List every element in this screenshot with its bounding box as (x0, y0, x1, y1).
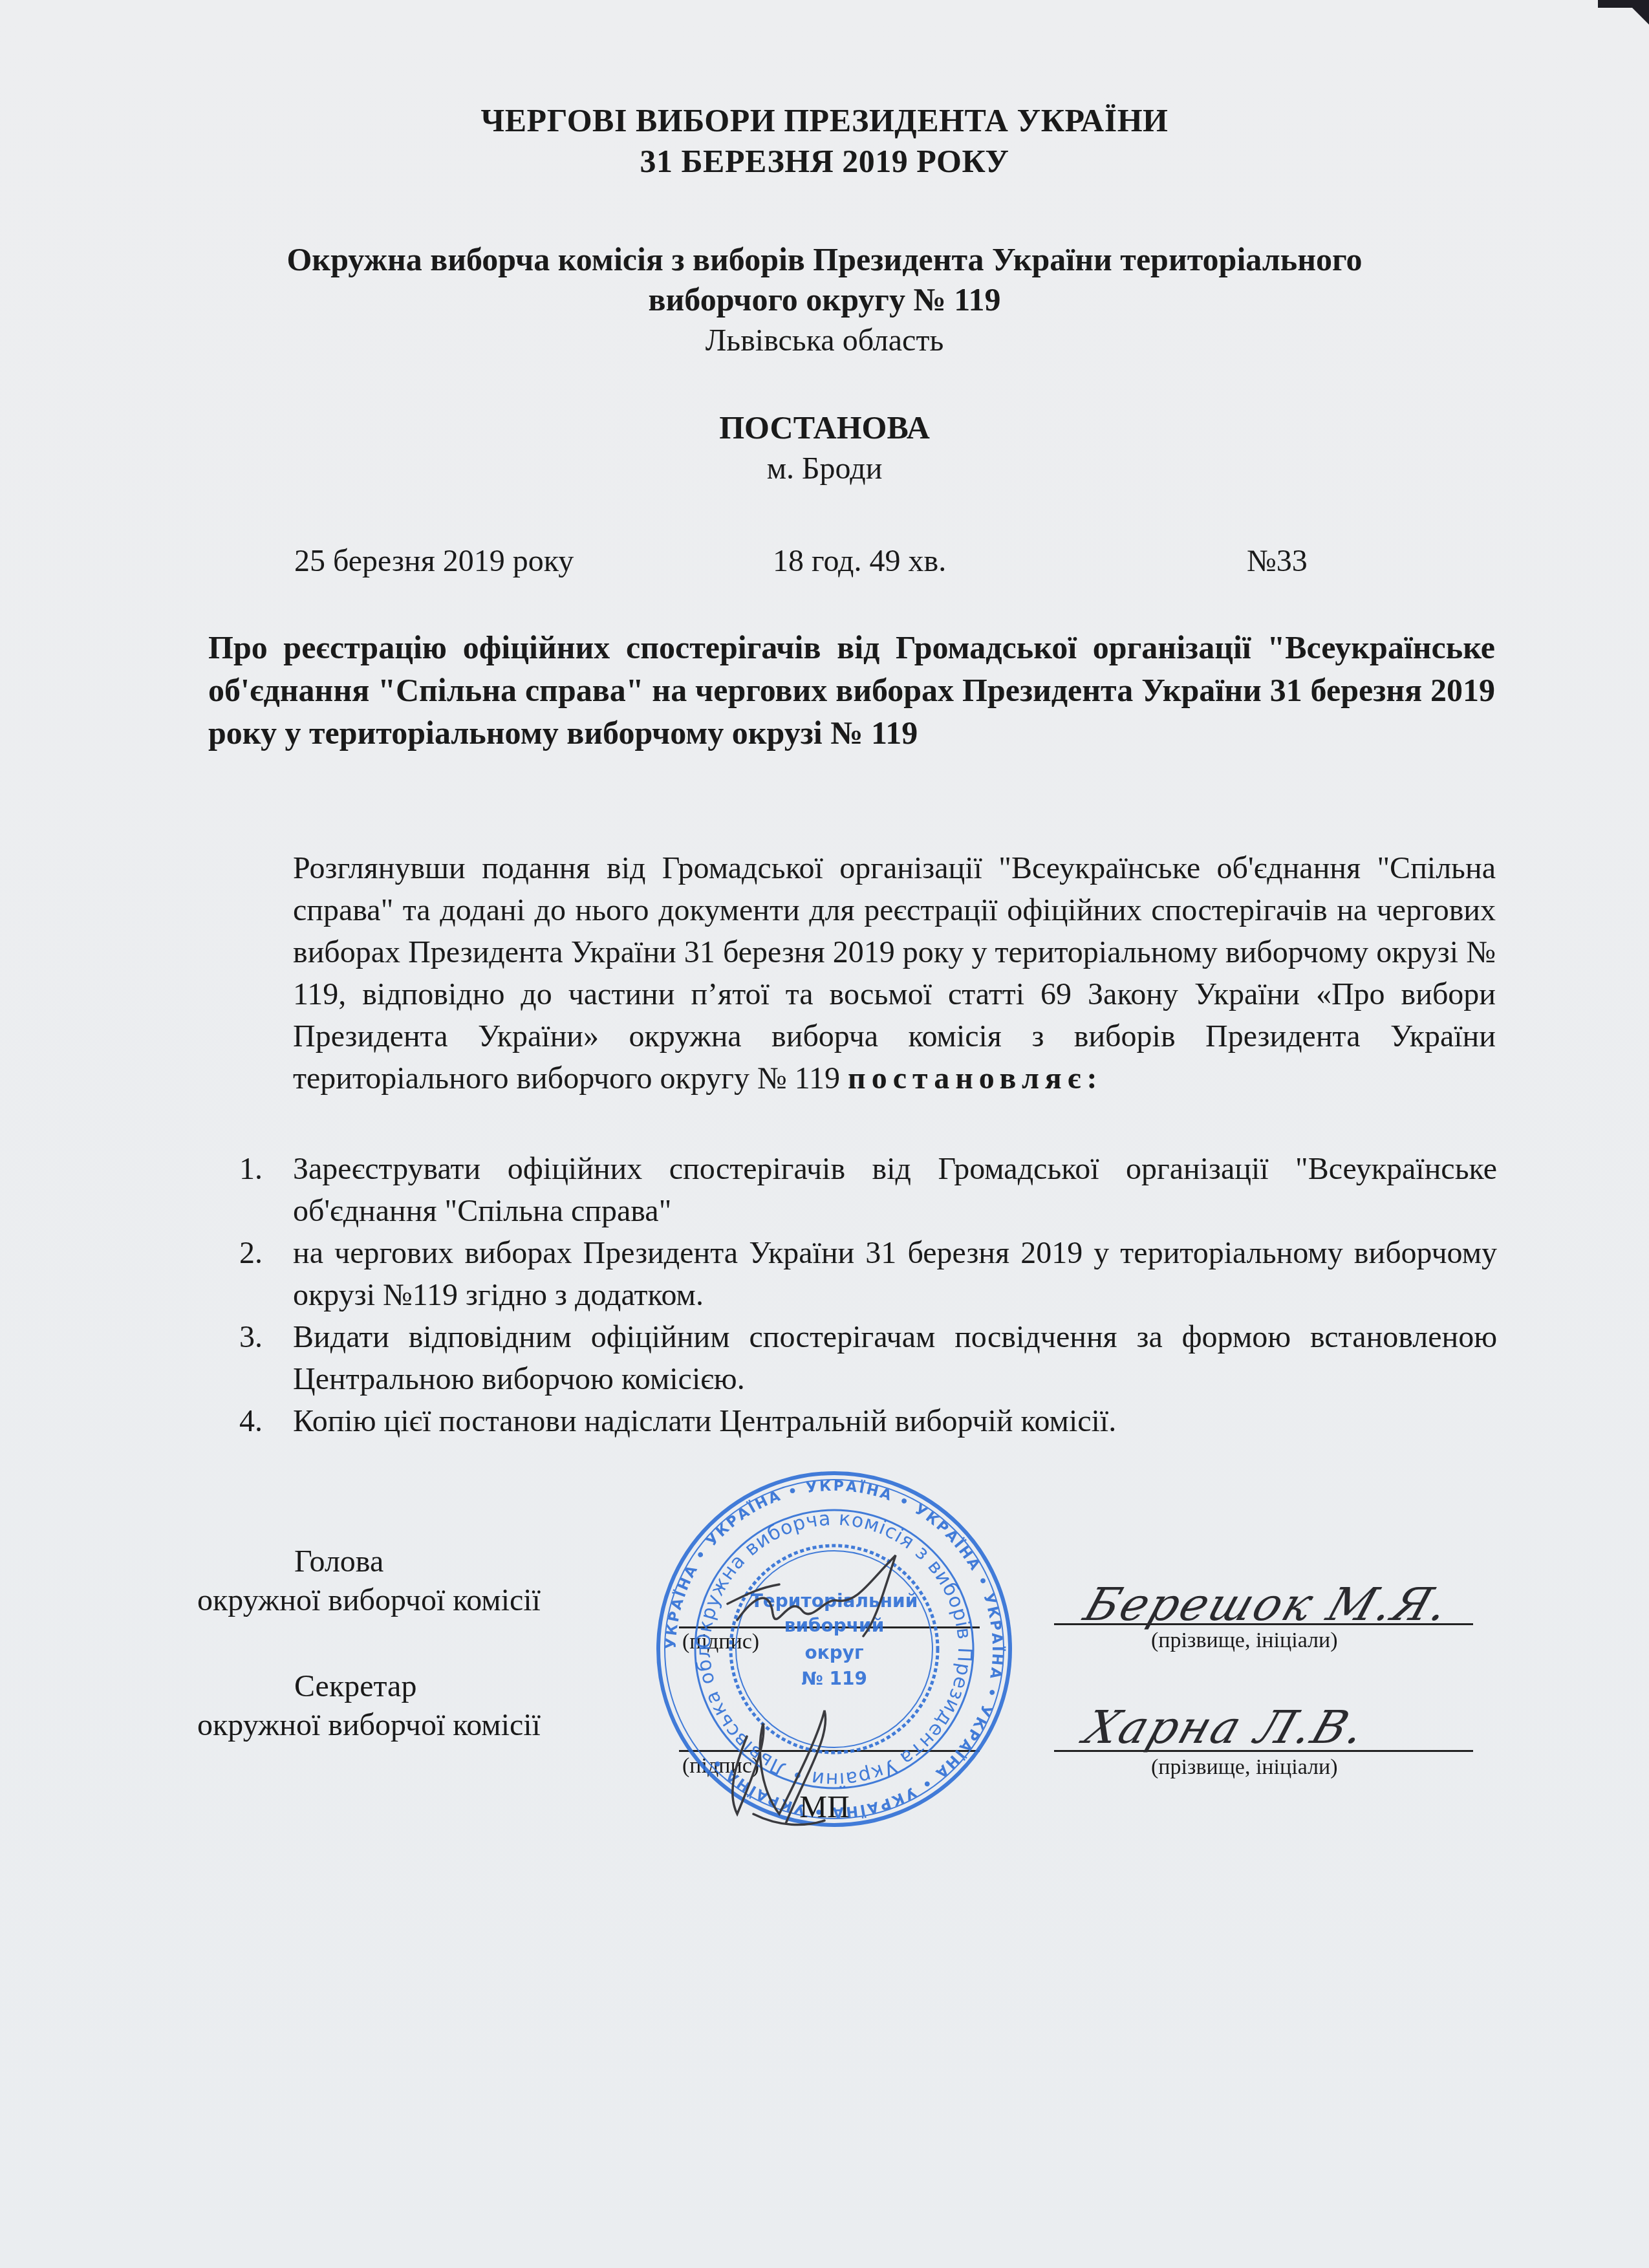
secretary-role: Секретар (294, 1667, 416, 1706)
document-type: ПОСТАНОВА (0, 407, 1649, 448)
region: Львівська область (0, 321, 1649, 360)
list-item-text: Зареєструвати офіційних спостерігачів ві… (293, 1148, 1497, 1232)
seal-mark: МП (0, 1788, 1649, 1827)
resolution-items: 1. Зареєструвати офіційних спостерігачів… (239, 1148, 1497, 1442)
secretary-name-caption: (прізвище, ініціали) (1151, 1755, 1338, 1780)
document-page: ЧЕРГОВІ ВИБОРИ ПРЕЗИДЕНТА УКРАЇНИ 31 БЕР… (0, 0, 1649, 2268)
preamble-text: Розглянувши подання від Громадської орга… (293, 851, 1496, 1096)
chair-role: Голова (294, 1542, 383, 1581)
list-item: 1. Зареєструвати офіційних спостерігачів… (239, 1148, 1497, 1232)
resolves-keyword: постановляє: (848, 1061, 1103, 1096)
preamble: Розглянувши подання від Громадської орга… (293, 847, 1496, 1099)
commission-name-line2: виборчого округу № 119 (0, 279, 1649, 319)
document-city: м. Броди (0, 449, 1649, 488)
scan-artifact (1598, 0, 1649, 8)
election-date-title: 31 БЕРЕЗНЯ 2019 РОКУ (0, 141, 1649, 181)
chair-role-commission: окружної виборчої комісії (197, 1581, 541, 1620)
commission-name-line1: Окружна виборча комісія з виборів Презид… (0, 239, 1649, 279)
list-item: 2. на чергових виборах Президента Україн… (239, 1232, 1497, 1316)
secretary-handwritten-name: Харна Л.В. (1078, 1701, 1374, 1754)
chair-name-caption: (прізвище, ініціали) (1151, 1628, 1338, 1653)
list-item-text: Копію цієї постанови надіслати Центральн… (293, 1400, 1497, 1442)
chair-handwritten-name: Берешок М.Я. (1078, 1578, 1458, 1631)
list-item-number: 1. (239, 1148, 293, 1232)
list-item: 4. Копію цієї постанови надіслати Центра… (239, 1400, 1497, 1442)
document-date: 25 березня 2019 року (294, 543, 574, 579)
list-item: 3. Видати відповідним офіційним спостері… (239, 1316, 1497, 1400)
resolution-heading: Про реєстрацію офіційних спостерігачів в… (208, 626, 1495, 754)
list-item-text: Видати відповідним офіційним спостерігач… (293, 1316, 1497, 1400)
list-item-number: 4. (239, 1400, 293, 1442)
list-item-text: на чергових виборах Президента України 3… (293, 1232, 1497, 1316)
stamp-center-line3: округ (804, 1642, 863, 1663)
election-title: ЧЕРГОВІ ВИБОРИ ПРЕЗИДЕНТА УКРАЇНИ (0, 100, 1649, 140)
document-number: №33 (1247, 543, 1308, 579)
secretary-role-commission: окружної виборчої комісії (197, 1706, 541, 1745)
stamp-center-line4: № 119 (801, 1668, 867, 1689)
list-item-number: 2. (239, 1232, 293, 1316)
document-meta-row: 25 березня 2019 року 18 год. 49 хв. №33 (0, 543, 1649, 582)
document-time: 18 год. 49 хв. (773, 543, 946, 579)
list-item-number: 3. (239, 1316, 293, 1400)
official-seal-stamp: УКРАЇНА • УКРАЇНА • УКРАЇНА • УКРАЇНА • … (650, 1465, 1018, 1833)
